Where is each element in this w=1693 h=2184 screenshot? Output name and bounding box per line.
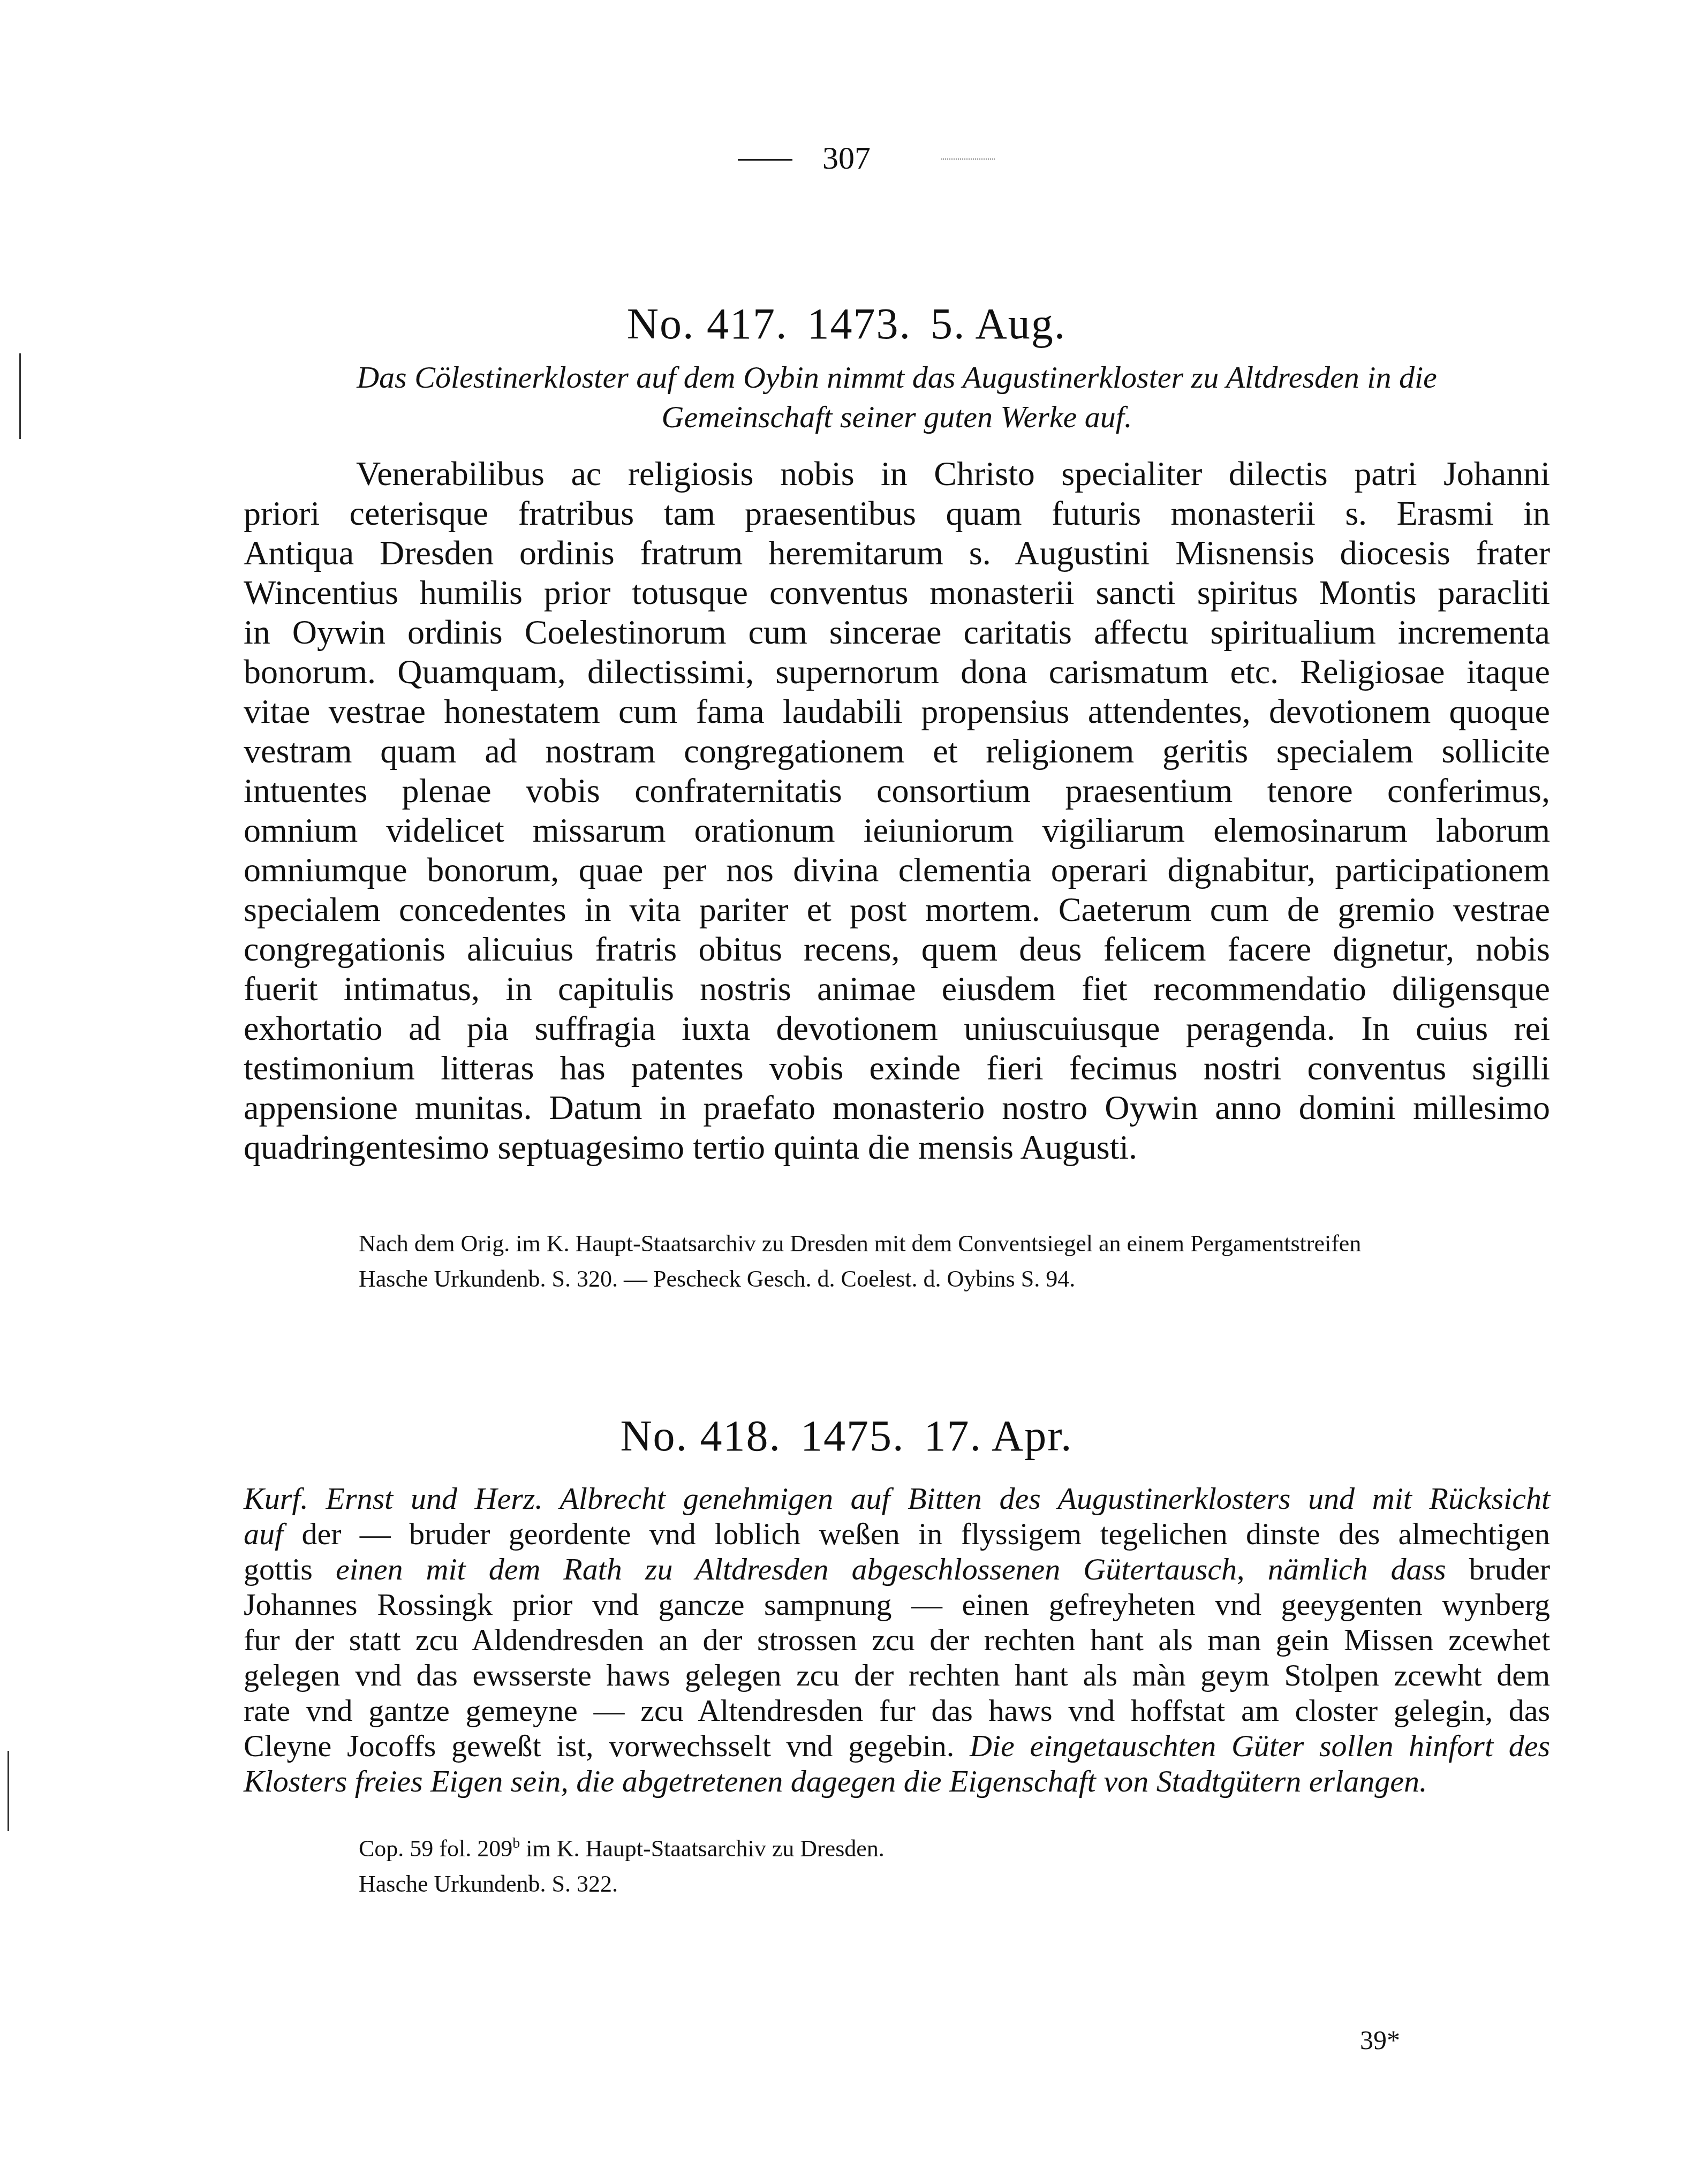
body-line: bonorum. Quamquam, dilectissimi, superno…	[244, 652, 1550, 692]
document-year: 1473.	[807, 299, 912, 348]
text-segment: gelegen vnd das ewsserste haws gelegen z…	[244, 1658, 1550, 1692]
document-date: 17. Apr.	[924, 1411, 1073, 1460]
source-notes-418: Cop. 59 fol. 209b im K. Haupt-Staatsarch…	[359, 1826, 1553, 1902]
italic-segment: auf	[244, 1516, 283, 1551]
body-line: testimonium litteras has patentes vobis …	[244, 1048, 1550, 1088]
document-body-418: Kurf. Ernst und Herz. Albrecht genehmige…	[244, 1481, 1550, 1799]
body-line: Wincentius humilis prior totusque conven…	[244, 573, 1550, 613]
body-line: Klosters freies Eigen sein, die abgetret…	[244, 1764, 1550, 1799]
summary-line: Gemeinschaft seiner guten Werke auf.	[244, 397, 1550, 437]
text-segment: fur der statt zcu Aldendresden an der st…	[244, 1622, 1550, 1657]
document-number: No. 418.	[620, 1411, 781, 1460]
body-line: exhortatio ad pia suffragia iuxta devoti…	[244, 1009, 1550, 1048]
text-segment: gottis	[244, 1552, 336, 1586]
body-line: rate vnd gantze gemeyne — zcu Altendresd…	[244, 1693, 1550, 1728]
body-line: Venerabilibus ac religiosis nobis in Chr…	[244, 454, 1550, 494]
header-rule-right	[941, 158, 995, 160]
italic-segment: Die eingetauschten Güter sollen hinfort …	[970, 1728, 1550, 1763]
italic-segment: Klosters freies Eigen sein, die abgetret…	[244, 1764, 1427, 1798]
body-line: congregationis alicuius fratris obitus r…	[244, 929, 1550, 969]
body-line: fur der statt zcu Aldendresden an der st…	[244, 1622, 1550, 1658]
italic-segment: einen mit dem Rath zu Altdresden abgesch…	[336, 1552, 1237, 1586]
body-line: vitae vestrae honestatem cum fama laudab…	[244, 692, 1550, 731]
document-summary-417: Das Cölestinerkloster auf dem Oybin nimm…	[244, 358, 1550, 437]
source-note-line: Hasche Urkundenb. S. 320. — Pescheck Ges…	[359, 1261, 1553, 1297]
summary-line: Das Cölestinerkloster auf dem Oybin nimm…	[244, 358, 1550, 397]
text-segment: Cleyne Jocoffs geweßt ist, vorwechsselt …	[244, 1728, 970, 1763]
body-line: omniumque bonorum, quae per nos divina c…	[244, 850, 1550, 890]
body-line: fuerit intimatus, in capitulis nostris a…	[244, 969, 1550, 1009]
body-line: Cleyne Jocoffs geweßt ist, vorwechsselt …	[244, 1728, 1550, 1764]
source-note-line: Hasche Urkundenb. S. 322.	[359, 1866, 1553, 1902]
document-year: 1475.	[800, 1411, 905, 1460]
document-date: 5. Aug.	[931, 299, 1066, 348]
body-line: Johannes Rossingk prior vnd gancze sampn…	[244, 1587, 1550, 1622]
body-line: gottis einen mit dem Rath zu Altdresden …	[244, 1552, 1550, 1587]
body-line: specialem concedentes in vita pariter et…	[244, 890, 1550, 929]
body-line: vestram quam ad nostram congregationem e…	[244, 731, 1550, 771]
text-segment: bruder	[1446, 1552, 1550, 1586]
body-line: intuentes plenae vobis confraternitatis …	[244, 771, 1550, 811]
body-line: priori ceterisque fratribus tam praesent…	[244, 494, 1550, 533]
body-line: Kurf. Ernst und Herz. Albrecht genehmige…	[244, 1481, 1550, 1516]
body-line: Antiqua Dresden ordinis fratrum heremita…	[244, 533, 1550, 573]
page-number: 307	[0, 137, 1693, 179]
source-notes-417: Nach dem Orig. im K. Haupt-Staatsarchiv …	[359, 1226, 1553, 1297]
body-line: appensione munitas. Datum in praefato mo…	[244, 1088, 1550, 1128]
source-note-line: Nach dem Orig. im K. Haupt-Staatsarchiv …	[359, 1226, 1553, 1261]
document-heading-418: No. 418.1475.17. Apr.	[0, 1409, 1693, 1463]
document-body-417: Venerabilibus ac religiosis nobis in Chr…	[244, 454, 1550, 1167]
text-segment: ,	[1237, 1552, 1268, 1586]
body-line: quadringentesimo septuagesimo tertio qui…	[244, 1128, 1550, 1167]
document-heading-417: No. 417.1473.5. Aug.	[0, 297, 1693, 351]
body-line: omnium videlicet missarum orationum ieiu…	[244, 811, 1550, 850]
scan-margin-mark	[19, 353, 21, 439]
document-number: No. 417.	[627, 299, 788, 348]
signature-mark: 39*	[1360, 2024, 1400, 2056]
text-segment: der — bruder geordente vnd loblich weßen…	[283, 1516, 1550, 1551]
scan-margin-mark	[7, 1751, 9, 1831]
body-line: auf der — bruder geordente vnd loblich w…	[244, 1516, 1550, 1552]
text-segment: Johannes Rossingk prior vnd gancze sampn…	[244, 1587, 1550, 1622]
italic-segment: Kurf. Ernst und Herz. Albrecht genehmige…	[244, 1481, 1550, 1516]
source-note-line: Cop. 59 fol. 209b im K. Haupt-Staatsarch…	[359, 1826, 1553, 1866]
italic-segment: nämlich dass	[1268, 1552, 1446, 1586]
body-line: gelegen vnd das ewsserste haws gelegen z…	[244, 1658, 1550, 1693]
text-segment: rate vnd gantze gemeyne — zcu Altendresd…	[244, 1693, 1550, 1728]
body-line: in Oywin ordinis Coelestinorum cum since…	[244, 613, 1550, 652]
